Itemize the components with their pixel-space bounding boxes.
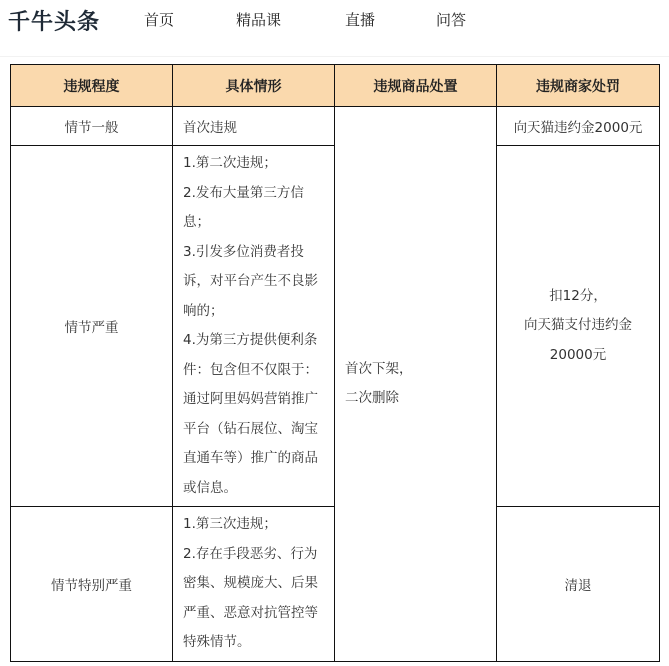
nav-live[interactable]: 直播 bbox=[345, 9, 375, 30]
nav-premium-courses[interactable]: 精品课 bbox=[236, 9, 281, 30]
level-cell: 情节一般 bbox=[11, 107, 173, 146]
situation-line: 密集、规模庞大、后果 bbox=[183, 569, 324, 599]
situation-line: 2.存在手段恶劣、行为 bbox=[183, 540, 324, 570]
violation-rules-table: 违规程度 具体情形 违规商品处置 违规商家处罚 情节一般 首次违规 首次下架， … bbox=[10, 64, 660, 662]
disposal-line: 首次下架， bbox=[345, 355, 486, 385]
site-logo[interactable]: 千牛头条 bbox=[8, 5, 100, 36]
situation-line: 直通车等）推广的商品 bbox=[183, 444, 324, 474]
situation-line: 通过阿里妈妈营销推广 bbox=[183, 385, 324, 415]
penalty-cell: 清退 bbox=[497, 507, 660, 662]
situation-line: 1.第二次违规； bbox=[183, 149, 324, 179]
situation-cell: 首次违规 bbox=[173, 107, 335, 146]
penalty-cell: 扣12分， 向天猫支付违约金 20000元 bbox=[497, 146, 660, 507]
disposal-line: 二次删除 bbox=[345, 384, 486, 414]
situation-line: 件：包含但不仅限于： bbox=[183, 356, 324, 386]
situation-line: 1.第三次违规； bbox=[183, 510, 324, 540]
situation-line: 或信息。 bbox=[183, 474, 324, 504]
situation-line: 严重、恶意对抗管控等 bbox=[183, 599, 324, 629]
header-specific-situation: 具体情形 bbox=[173, 65, 335, 107]
nav-qa[interactable]: 问答 bbox=[436, 9, 466, 30]
header-product-disposal: 违规商品处置 bbox=[335, 65, 497, 107]
situation-line: 响的； bbox=[183, 297, 324, 327]
header-merchant-penalty: 违规商家处罚 bbox=[497, 65, 660, 107]
header-divider bbox=[0, 56, 669, 57]
penalty-line: 向天猫支付违约金 bbox=[507, 311, 649, 341]
situation-cell: 1.第二次违规； 2.发布大量第三方信 息； 3.引发多位消费者投 诉，对平台产… bbox=[173, 146, 335, 507]
header-violation-level: 违规程度 bbox=[11, 65, 173, 107]
situation-line: 4.为第三方提供便利条 bbox=[183, 326, 324, 356]
nav-home[interactable]: 首页 bbox=[144, 9, 174, 30]
penalty-line: 扣12分， bbox=[507, 282, 649, 312]
penalty-line: 20000元 bbox=[507, 341, 649, 371]
level-cell: 情节特别严重 bbox=[11, 507, 173, 662]
level-cell: 情节严重 bbox=[11, 146, 173, 507]
situation-line: 诉，对平台产生不良影 bbox=[183, 267, 324, 297]
top-navigation: 千牛头条 首页 精品课 直播 问答 bbox=[0, 0, 669, 40]
situation-line: 平台（钻石展位、淘宝 bbox=[183, 415, 324, 445]
situation-line: 3.引发多位消费者投 bbox=[183, 238, 324, 268]
situation-line: 2.发布大量第三方信 bbox=[183, 179, 324, 209]
situation-cell: 1.第三次违规； 2.存在手段恶劣、行为 密集、规模庞大、后果 严重、恶意对抗管… bbox=[173, 507, 335, 662]
situation-line: 息； bbox=[183, 208, 324, 238]
situation-line: 特殊情节。 bbox=[183, 628, 324, 658]
table-header-row: 违规程度 具体情形 违规商品处置 违规商家处罚 bbox=[11, 65, 660, 107]
disposal-cell: 首次下架， 二次删除 bbox=[335, 107, 497, 662]
table-row: 情节一般 首次违规 首次下架， 二次删除 向天猫违约金2000元 bbox=[11, 107, 660, 146]
penalty-cell: 向天猫违约金2000元 bbox=[497, 107, 660, 146]
